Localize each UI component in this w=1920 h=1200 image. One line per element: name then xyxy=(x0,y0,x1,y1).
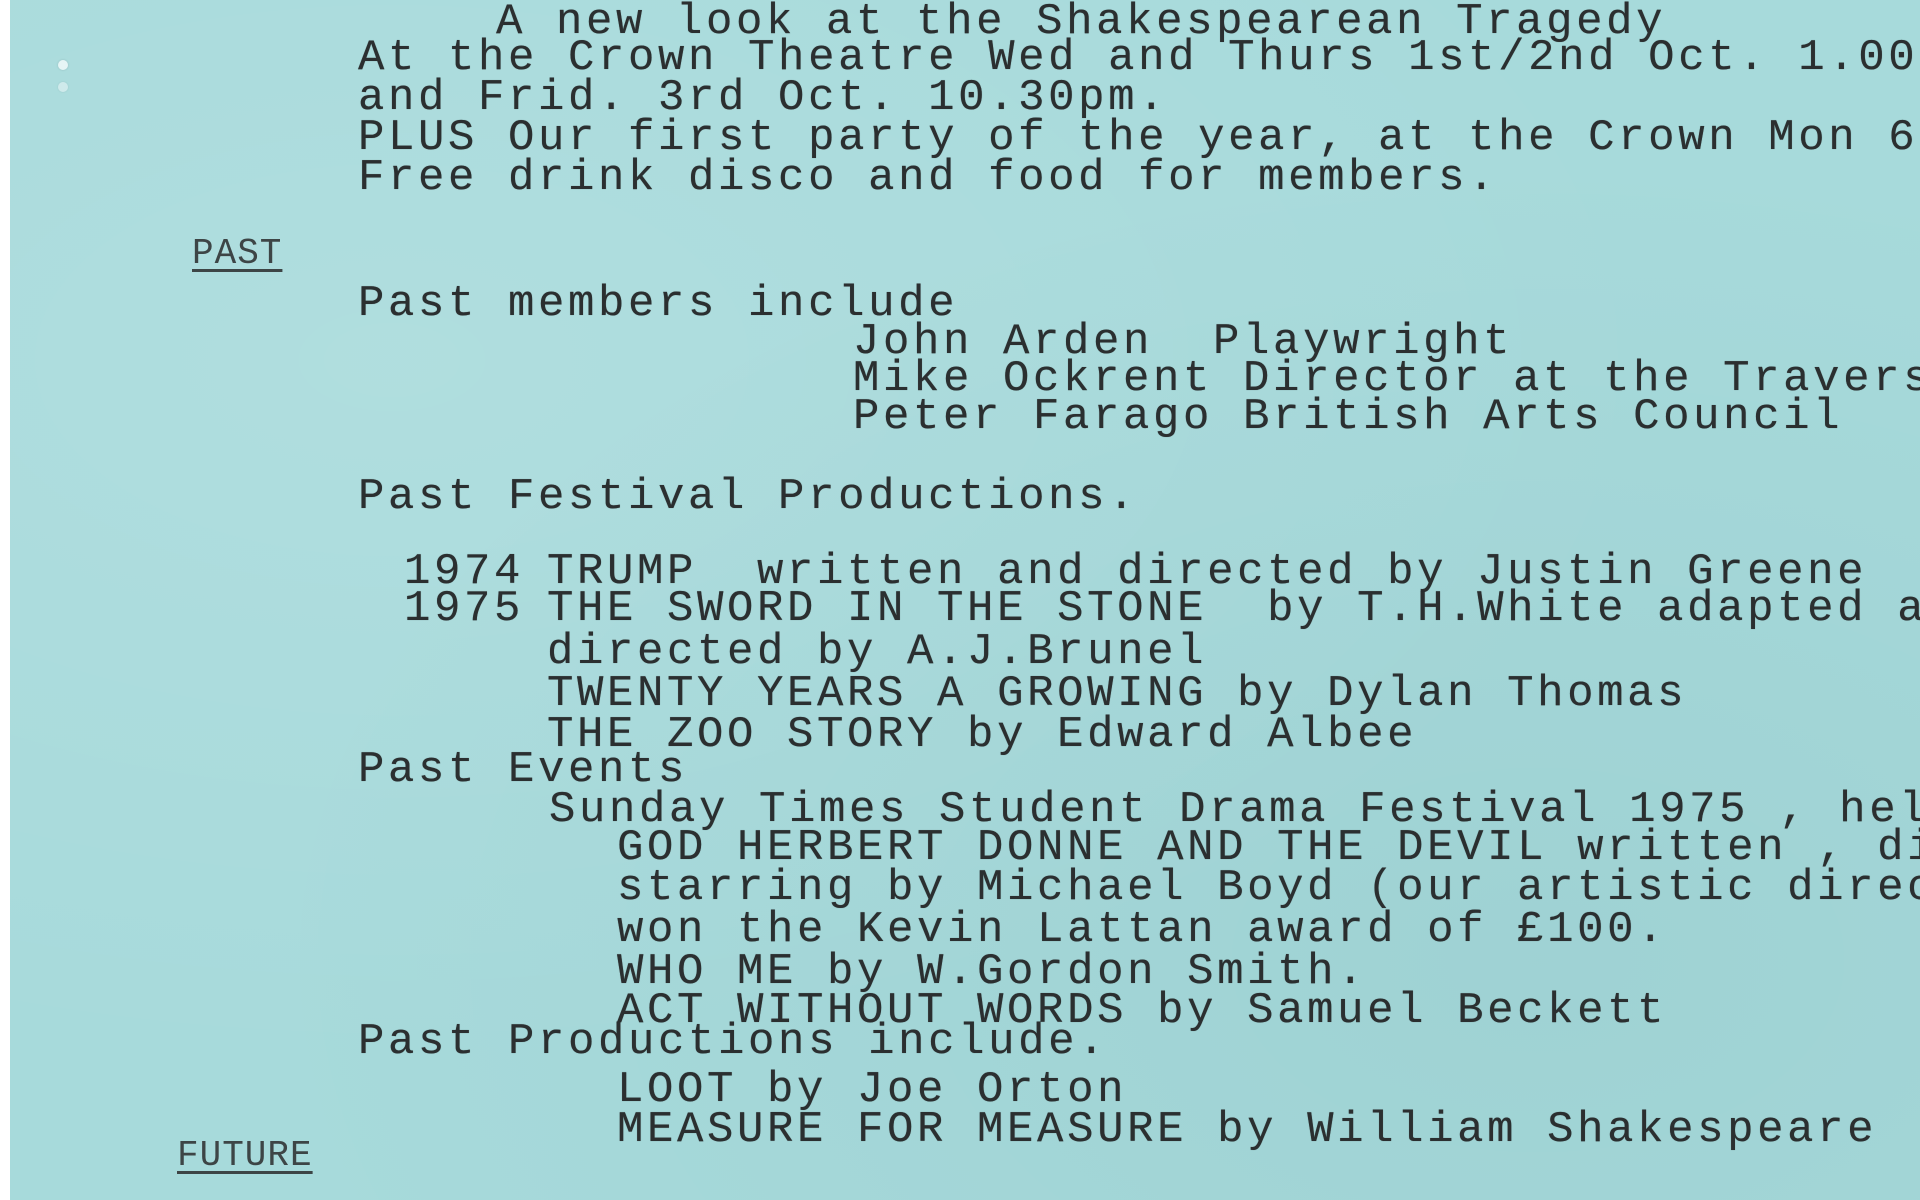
section-heading-past: PAST xyxy=(192,236,282,272)
past-productions-heading: Past Productions include. xyxy=(358,1020,1108,1064)
festival-production-item: directed by A.J.Brunel xyxy=(547,630,1207,674)
event-item: won the Kevin Lattan award of £100. xyxy=(617,908,1667,952)
event-item: starring by Michael Boyd (our artistic d… xyxy=(617,866,1920,910)
festival-productions-heading: Past Festival Productions. xyxy=(358,475,1138,519)
festival-production-item: THE SWORD IN THE STONE by T.H.White adap… xyxy=(547,587,1920,631)
punch-hole-mark xyxy=(58,82,68,92)
member-item: Peter Farago British Arts Council xyxy=(853,395,1843,439)
production-item: MEASURE FOR MEASURE by William Shakespea… xyxy=(617,1108,1877,1152)
punch-hole-mark xyxy=(58,60,68,70)
party-details: Free drink disco and food for members. xyxy=(358,156,1498,200)
section-heading-future: FUTURE xyxy=(177,1138,313,1174)
festival-year: 1975 xyxy=(404,587,524,631)
